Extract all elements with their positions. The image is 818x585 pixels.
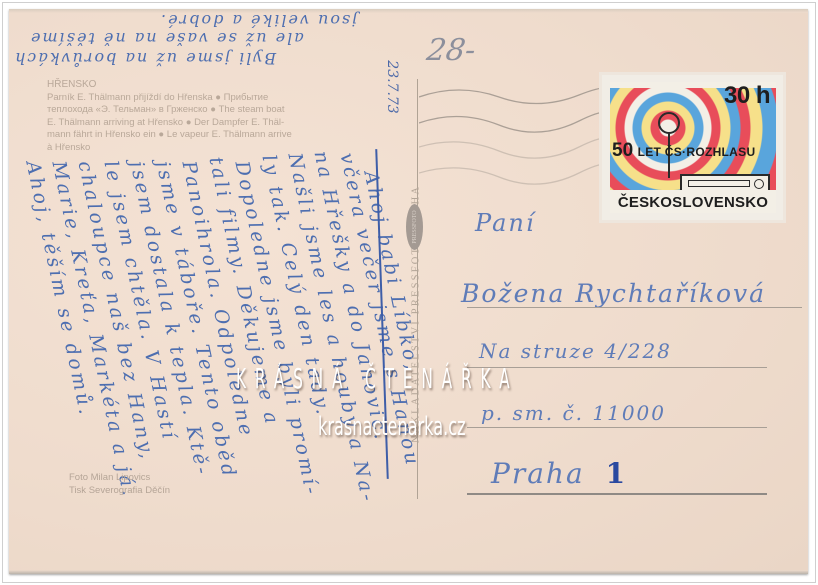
watermark-title: KRÁSNÁ ČTENÁŘKA — [236, 362, 518, 395]
address-street: Na struze 4/228 — [479, 339, 672, 363]
stamp-country: ČESKOSLOVENSKO — [610, 194, 776, 211]
pencil-price-note: 28- — [425, 33, 478, 68]
handwritten-date: 23.7.73 — [374, 37, 410, 137]
caption-line: mann fährt in Hřensko ein ● Le vapeur E.… — [47, 129, 292, 140]
caption-title: HŘENSKO — [47, 79, 377, 92]
stamp-value: 30 h — [724, 82, 770, 110]
postmark-wavy-cancel — [419, 85, 619, 195]
address-line — [467, 493, 767, 495]
printed-caption: HŘENSKO Parník E. Thälmann přijíždí do H… — [47, 79, 377, 154]
watermark-url: krasnactenarka.cz — [318, 412, 466, 442]
photo-credit: Foto Milan Lipovics Tisk Severografia Dě… — [69, 471, 170, 497]
caption-line: à Hřensko — [47, 142, 90, 153]
address-name: Božena Rychtaříková — [461, 279, 766, 308]
credit-printer: Tisk Severografia Děčín — [69, 485, 170, 496]
address-city: Praha 1 — [491, 457, 627, 490]
antenna-icon — [658, 112, 680, 134]
stamp-anniversary: 50 LET ČS·ROZHLASU — [612, 140, 755, 162]
radio-receiver-icon — [680, 174, 770, 190]
message-top-line: ale už se vaše na ně těšíme — [29, 29, 304, 48]
address-salutation: Paní — [475, 209, 536, 237]
address-postal: p. sm. č. 11000 — [481, 401, 666, 425]
address-line — [467, 427, 767, 428]
caption-line: теплохода «Э. Тельман» в Грженско ● The … — [47, 104, 285, 115]
caption-line: E. Thälmann arriving at Hřensko ● Der Da… — [47, 117, 284, 128]
caption-line: Parník E. Thälmann přijíždí do Hřenska ●… — [47, 92, 268, 103]
pressfoto-logo: PRESSFOTO — [406, 204, 423, 250]
message-top-line: Byli jsme už na borůvkách — [13, 49, 276, 68]
address-line — [467, 307, 802, 308]
credit-photographer: Foto Milan Lipovics — [69, 472, 150, 483]
message-top-line: jsou veliké a dobré. — [159, 11, 357, 30]
postage-stamp: 30 h 50 LET ČS·ROZHLASU ČESKOSLOVENSKO — [602, 75, 783, 220]
postcard-back: HŘENSKO Parník E. Thälmann přijíždí do H… — [9, 9, 808, 574]
